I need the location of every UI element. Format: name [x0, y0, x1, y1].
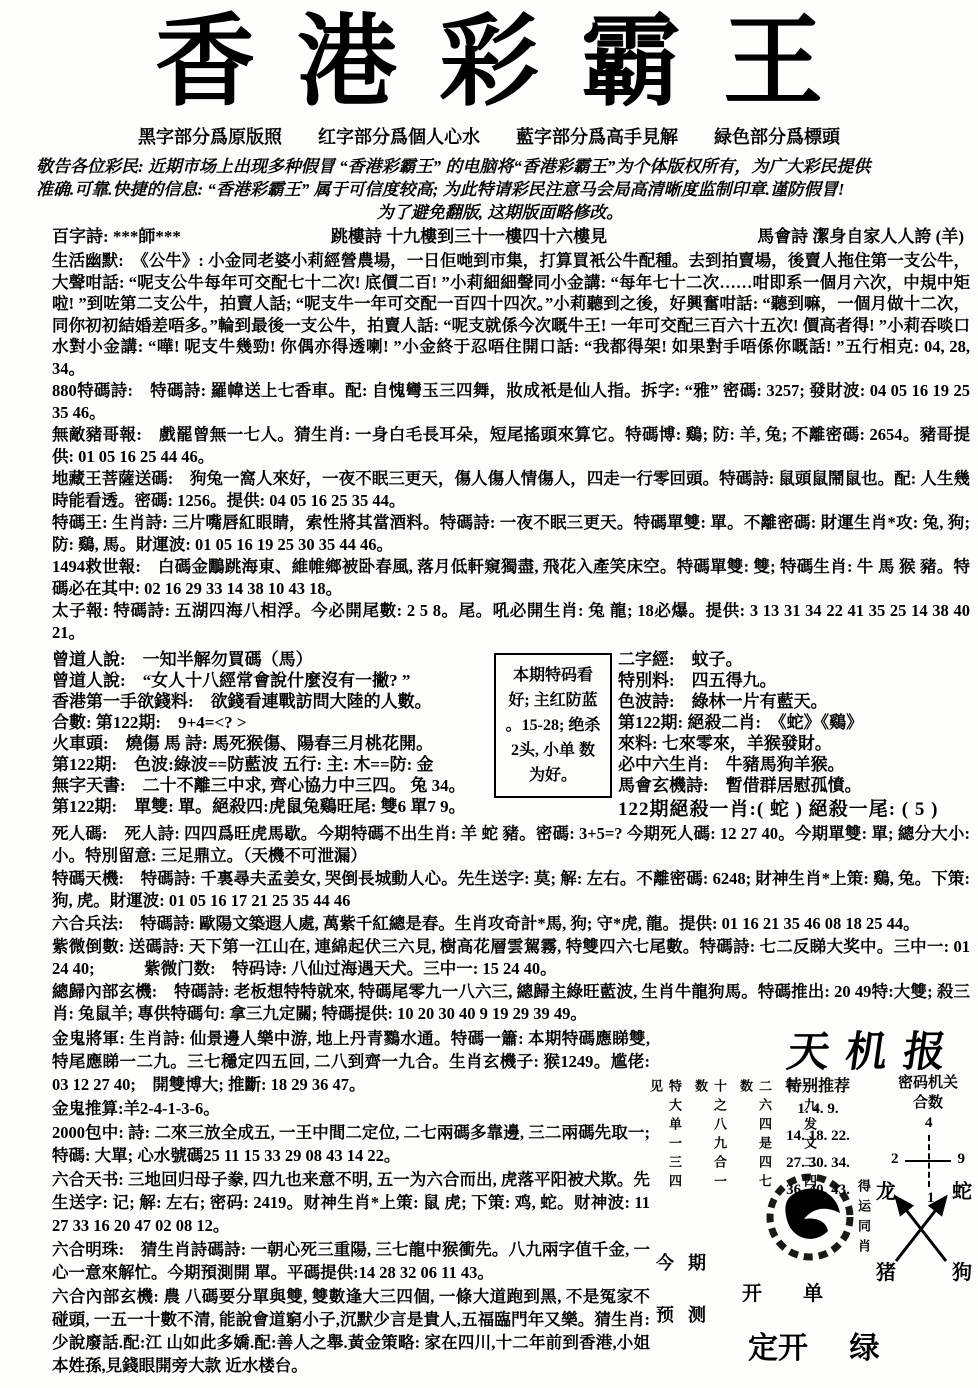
mid-left-line: 無字天書: 二十不離三中求, 齊心協力中三四。 兔 34。: [52, 775, 492, 796]
verse-column: 十之八九合一数: [691, 1079, 729, 1211]
mid-left-line: 第122期: 單雙: 單。絕殺四:虎鼠兔鷄旺尾: 雙6 單7 9。: [52, 796, 492, 817]
section-tema-tianji: 特碼天機: 特碼詩: 千裏尋夫孟姜女, 哭倒長城動人心。先生送字: 莫; 解: …: [52, 868, 970, 912]
zodiac-grid: 龙 蛇 猪 狗: [876, 1175, 976, 1293]
mid-right-line: 二字經: 蚊子。: [618, 649, 974, 670]
anti-counterfeit-notice: 敬告各位彩民: 近期市场上出现多种假冒 “香港彩霸王” 的电脑将“香港彩霸王”为…: [0, 149, 978, 224]
notice-line: 敬告各位彩民: 近期市场上出现多种假冒 “香港彩霸王” 的电脑将“香港彩霸王”为…: [36, 155, 964, 178]
special-code-box: 本期特码看 好; 主红防蓝 。15-28; 绝杀 2头, 小单 数 为好。: [494, 653, 612, 798]
newspaper-page: 香港彩霸王 黑字部分爲原版照 红字部分爲個人心水 藍字部分爲高手見解 緑色部分爲…: [0, 0, 978, 1388]
mid-right-line: 色波詩: 綠林一片有藍天。: [618, 691, 974, 712]
section-2000-baozhong: 2000包中: 詩: 二來三放全成五, 一王中間二定位, 二七兩碼多靠邊, 三二…: [52, 1121, 650, 1167]
mid-right-column: 二字經: 蚊子。 特別料: 四五得九。 色波詩: 綠林一片有藍天。 第122期:…: [618, 649, 974, 820]
section-ziwei: 紫微倒數: 送碼詩: 天下第一江山在, 連綿起伏三六見, 樹高花層雲駕霧, 特雙…: [52, 936, 970, 980]
mid-right-line: 特別料: 四五得九。: [618, 670, 974, 691]
zodiac-dog: 狗: [952, 1256, 972, 1285]
box-line: 为好。: [500, 763, 606, 788]
mid-right-line: 馬會玄機詩: 暫借群居慰孤憤。: [618, 775, 974, 796]
current-issue-label: 今期: [656, 1249, 720, 1275]
special-recommendation-label: 特别推荐: [762, 1073, 874, 1096]
top-sections: 生活幽默: 《公牛》: 小金同老婆小莉經營農場，一日佢哋到市集，打算買衹公牛配種…: [0, 248, 978, 643]
horse-seal-stamp: [762, 1169, 858, 1270]
section-jingui-general: 金鬼將軍: 生肖詩: 仙景邊人樂中游, 地上丹青鷚水通。特碼一簫: 本期特碼應睇…: [52, 1027, 650, 1096]
mid-left-line: 曾道人說: 一知半解勿買碼（馬）: [52, 649, 492, 670]
tianjibao-panel: 天机报 特大单一三四见 十之八九合一数 二六四是四七数 一九发文二四有 特别推荐…: [650, 1027, 978, 1373]
code-mechanism-label: 密码机关: [878, 1073, 978, 1093]
seal-icon: [762, 1169, 858, 1265]
section-liuhe-tianshu: 六合天书: 三地回归母子豢, 四九也来意不明, 五一为六合而出, 虎落平阳被犬欺…: [52, 1168, 650, 1237]
verdict-line: 定开 绿: [748, 1323, 880, 1367]
kill-one-zodiac-line: 122期絕殺一肖:( 蛇 ) 絕殺一尾: ( 5 ): [618, 799, 974, 820]
zodiac-snake: 蛇: [952, 1175, 972, 1204]
bottom-area: 金鬼將軍: 生肖詩: 仙景邊人樂中游, 地上丹青鷚水通。特碼一簫: 本期特碼應睇…: [0, 1027, 978, 1378]
zodiac-pig: 猪: [876, 1256, 896, 1285]
section-dizangwang: 地藏王菩薩送碼: 狗兔一窩人來好，一夜不眠三更天，傷人傷人情傷人，四走一行零回頭…: [52, 468, 970, 511]
section-jingui-calc: 金鬼推算:羊2-4-1-3-6。: [52, 1097, 650, 1120]
section-dead-code: 死人碼: 死人詩: 四四爲旺虎馬歇。今期特碼不出生肖: 羊 蛇 豬。密碼: 3+…: [52, 823, 970, 867]
mid-left-line: 曾道人說: “女人十八經常會說什麼沒有一撇? ”: [52, 670, 492, 691]
cross-right-number: 9: [958, 1151, 966, 1168]
box-line: 2头, 小单 数: [500, 738, 606, 763]
mid-left-line: 火車頭: 燒傷 馬 詩: 馬死猴傷、陽春三月桃花開。: [52, 733, 492, 754]
verdict-color-label: 绿: [850, 1332, 880, 1365]
section-1494-report: 1494救世報: 白碼金鷳跳海東、維帷鄉被卧春風, 落月低軒窺獨盡, 飛花入產笑…: [52, 556, 970, 599]
cross-arrows-icon: [888, 1189, 954, 1269]
middle-sections: 死人碼: 死人詩: 四四爲旺虎馬歇。今期特碼不出生肖: 羊 蛇 豬。密碼: 3+…: [0, 820, 978, 1025]
mid-right-line: 必中六生肖: 牛豬馬狗羊猴。: [618, 754, 974, 775]
section-pig-brother: 無敵豬哥報: 戲罷曾無一七人。猜生肖: 一身白毛長耳朵，短尾搖頭來算它。特碼博:…: [52, 424, 970, 467]
jump-building-poem: 跳樓詩 十九樓到三十一樓四十六樓見: [331, 226, 607, 248]
box-line: 本期特码看: [500, 663, 606, 688]
mid-left-line: 第122期: 色波:綠波==防藍波 五行: 主: 木==防: 金: [52, 754, 492, 775]
poem-row: 百字詩: ***師*** 跳樓詩 十九樓到三十一樓四十六樓見 馬會詩 潔身自家人…: [0, 224, 978, 248]
mid-right-line: 第122期: 絕殺二肖: 《蛇》《鷄》: [618, 712, 974, 733]
color-legend: 黑字部分爲原版照 红字部分爲個人心水 藍字部分爲高手見解 緑色部分爲標頭: [0, 123, 978, 149]
section-temawang: 特碼王: 生肖詩: 三片嘴唇紅眼睛，索性將其當酒料。特碼詩: 一夜不眠三更天。特…: [52, 512, 970, 555]
special-row: 14. 18. 22.: [762, 1123, 874, 1150]
jockey-club-poem: 馬會詩 潔身自家人人誇 (羊): [757, 226, 964, 248]
cross-left-number: 2: [891, 1151, 899, 1168]
box-line: 好; 主红防蓝: [500, 688, 606, 713]
notice-line: 准确.可靠.快捷的信息: “香港彩霸王” 属于可信度较高; 为此特请彩民注意马会…: [36, 178, 964, 201]
section-life-humor: 生活幽默: 《公牛》: 小金同老婆小莉經營農場，一日佢哋到市集，打算買衹公牛配種…: [52, 250, 970, 379]
mid-left-line: 香港第一手欲錢料: 欲錢看連戰訪問大陸的人數。: [52, 691, 492, 712]
zodiac-cross: 得运同肖 龙 蛇 猪 狗: [854, 1175, 978, 1295]
section-prince-report: 太子報: 特碼詩: 五湖四海八相浮。今必開尾數: 2 5 8。尾。吼必開生肖: …: [52, 600, 970, 643]
cross-top-number: 4: [925, 1115, 933, 1132]
forecast-label: 预测: [656, 1301, 720, 1327]
hundred-word-poem: 百字詩: ***師***: [52, 226, 181, 248]
open-odd-label: 开 单: [742, 1277, 841, 1306]
section-liuhe-mingzhu: 六合明珠: 猜生肖詩碼詩: 一朝心死三重陽, 三七龍中猴衝先。八九兩字值千金, …: [52, 1238, 650, 1284]
verse-column: 特大单一三四见: [646, 1079, 684, 1211]
section-liuhe-bingfa: 六合兵法: 特碼詩: 歐陽文築遐人處, 萬紫千紅總是春。生肖攻奇計*馬, 狗; …: [52, 913, 970, 935]
mid-right-line: 來料: 七來零來，羊猴發財。: [618, 733, 974, 754]
tianjibao-title: 天机报: [784, 1019, 966, 1079]
mid-left-column: 曾道人說: 一知半解勿買碼（馬） 曾道人說: “女人十八經常會說什麼沒有一撇? …: [52, 649, 492, 817]
page-title: 香港彩霸王: [0, 0, 978, 115]
section-liuhe-neibu: 六合內部玄機: 農 八碼要分單與雙, 雙數逢大三四個, 一條大道跑到黑, 不是冤…: [52, 1285, 650, 1377]
section-880-poem: 880特碼詩: 特碼詩: 羅幃送上七香車。配: 自愧彎玉三四舞，妝成衹是仙人指。…: [52, 380, 970, 423]
mid-left-line: 合數: 第122期: 9+4=<? >: [52, 712, 492, 733]
box-line: 。15-28; 绝杀: [500, 713, 606, 738]
verdict-open-label: 定开: [748, 1332, 808, 1365]
three-column-area: 曾道人說: 一知半解勿買碼（馬） 曾道人說: “女人十八經常會說什麼沒有一撇? …: [0, 645, 978, 820]
sum-label: 合数: [878, 1093, 978, 1113]
zodiac-dragon: 龙: [876, 1175, 896, 1204]
zodiac-cross-label: 得运同肖: [854, 1179, 873, 1291]
notice-line: 为了避免翻版, 这期版面略修改。: [36, 201, 964, 224]
special-row: 1. 4. 9.: [762, 1096, 874, 1123]
bottom-left-column: 金鬼將軍: 生肖詩: 仙景邊人樂中游, 地上丹青鷚水通。特碼一簫: 本期特碼應睇…: [52, 1027, 650, 1378]
